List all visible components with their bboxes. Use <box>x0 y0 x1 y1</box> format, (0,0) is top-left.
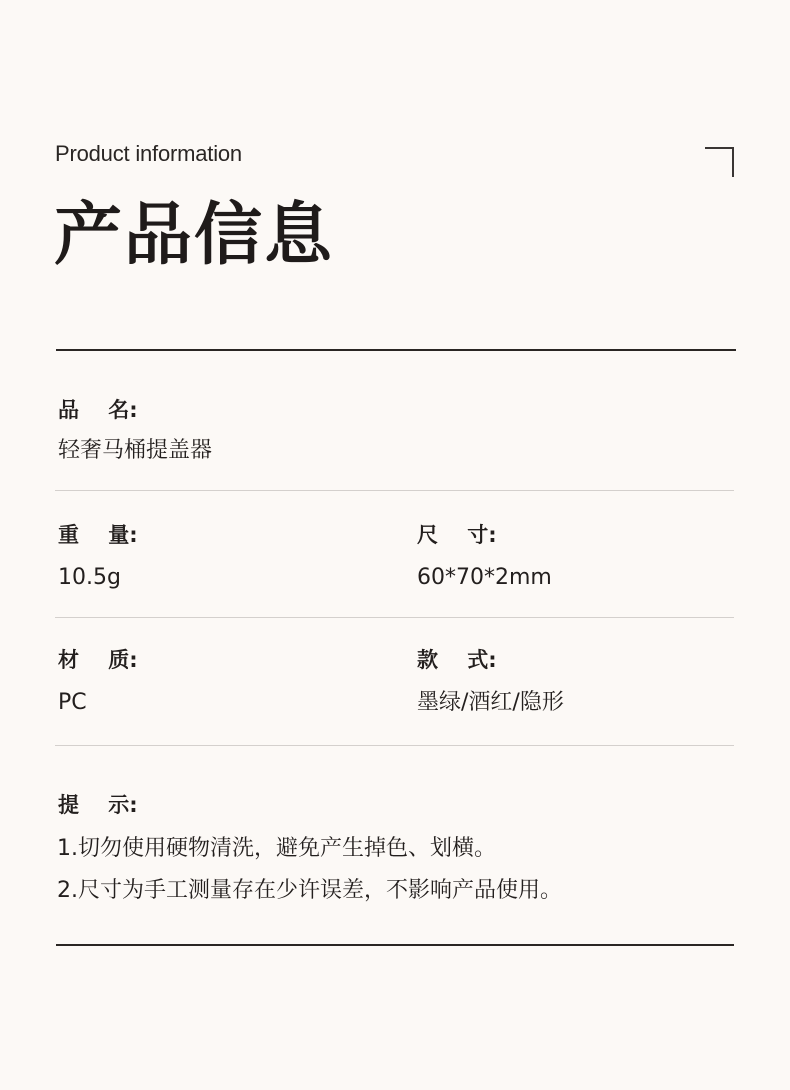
top-divider <box>56 349 736 351</box>
notes-label: 提 示: <box>58 791 138 819</box>
field-label: 品 名: <box>58 396 212 424</box>
field-value: 墨绿/酒红/隐形 <box>417 688 564 718</box>
field-material: 材 质: PC <box>58 646 138 718</box>
field-value: PC <box>58 688 138 718</box>
page-title: 产品信息 <box>54 196 334 276</box>
subtitle: Product information <box>55 141 242 167</box>
field-size: 尺 寸: 60*70*2mm <box>417 521 552 593</box>
field-value: 60*70*2mm <box>417 563 552 593</box>
field-label: 尺 寸: <box>417 521 552 549</box>
field-value: 轻奢马桶提盖器 <box>58 436 212 466</box>
divider <box>55 745 734 746</box>
field-weight: 重 量: 10.5g <box>58 521 138 593</box>
field-value: 10.5g <box>58 563 138 593</box>
field-label: 材 质: <box>58 646 138 674</box>
bottom-divider <box>56 944 734 946</box>
note-line-2: 2.尺寸为手工测量存在少许误差，不影响产品使用。 <box>57 876 562 906</box>
divider <box>55 617 734 618</box>
field-label: 款 式: <box>417 646 564 674</box>
field-label: 重 量: <box>58 521 138 549</box>
corner-bracket-icon <box>705 147 734 177</box>
field-style: 款 式: 墨绿/酒红/隐形 <box>417 646 564 718</box>
field-product-name: 品 名: 轻奢马桶提盖器 <box>58 396 212 466</box>
divider <box>55 490 734 491</box>
note-line-1: 1.切勿使用硬物清洗，避免产生掉色、划横。 <box>57 834 496 864</box>
